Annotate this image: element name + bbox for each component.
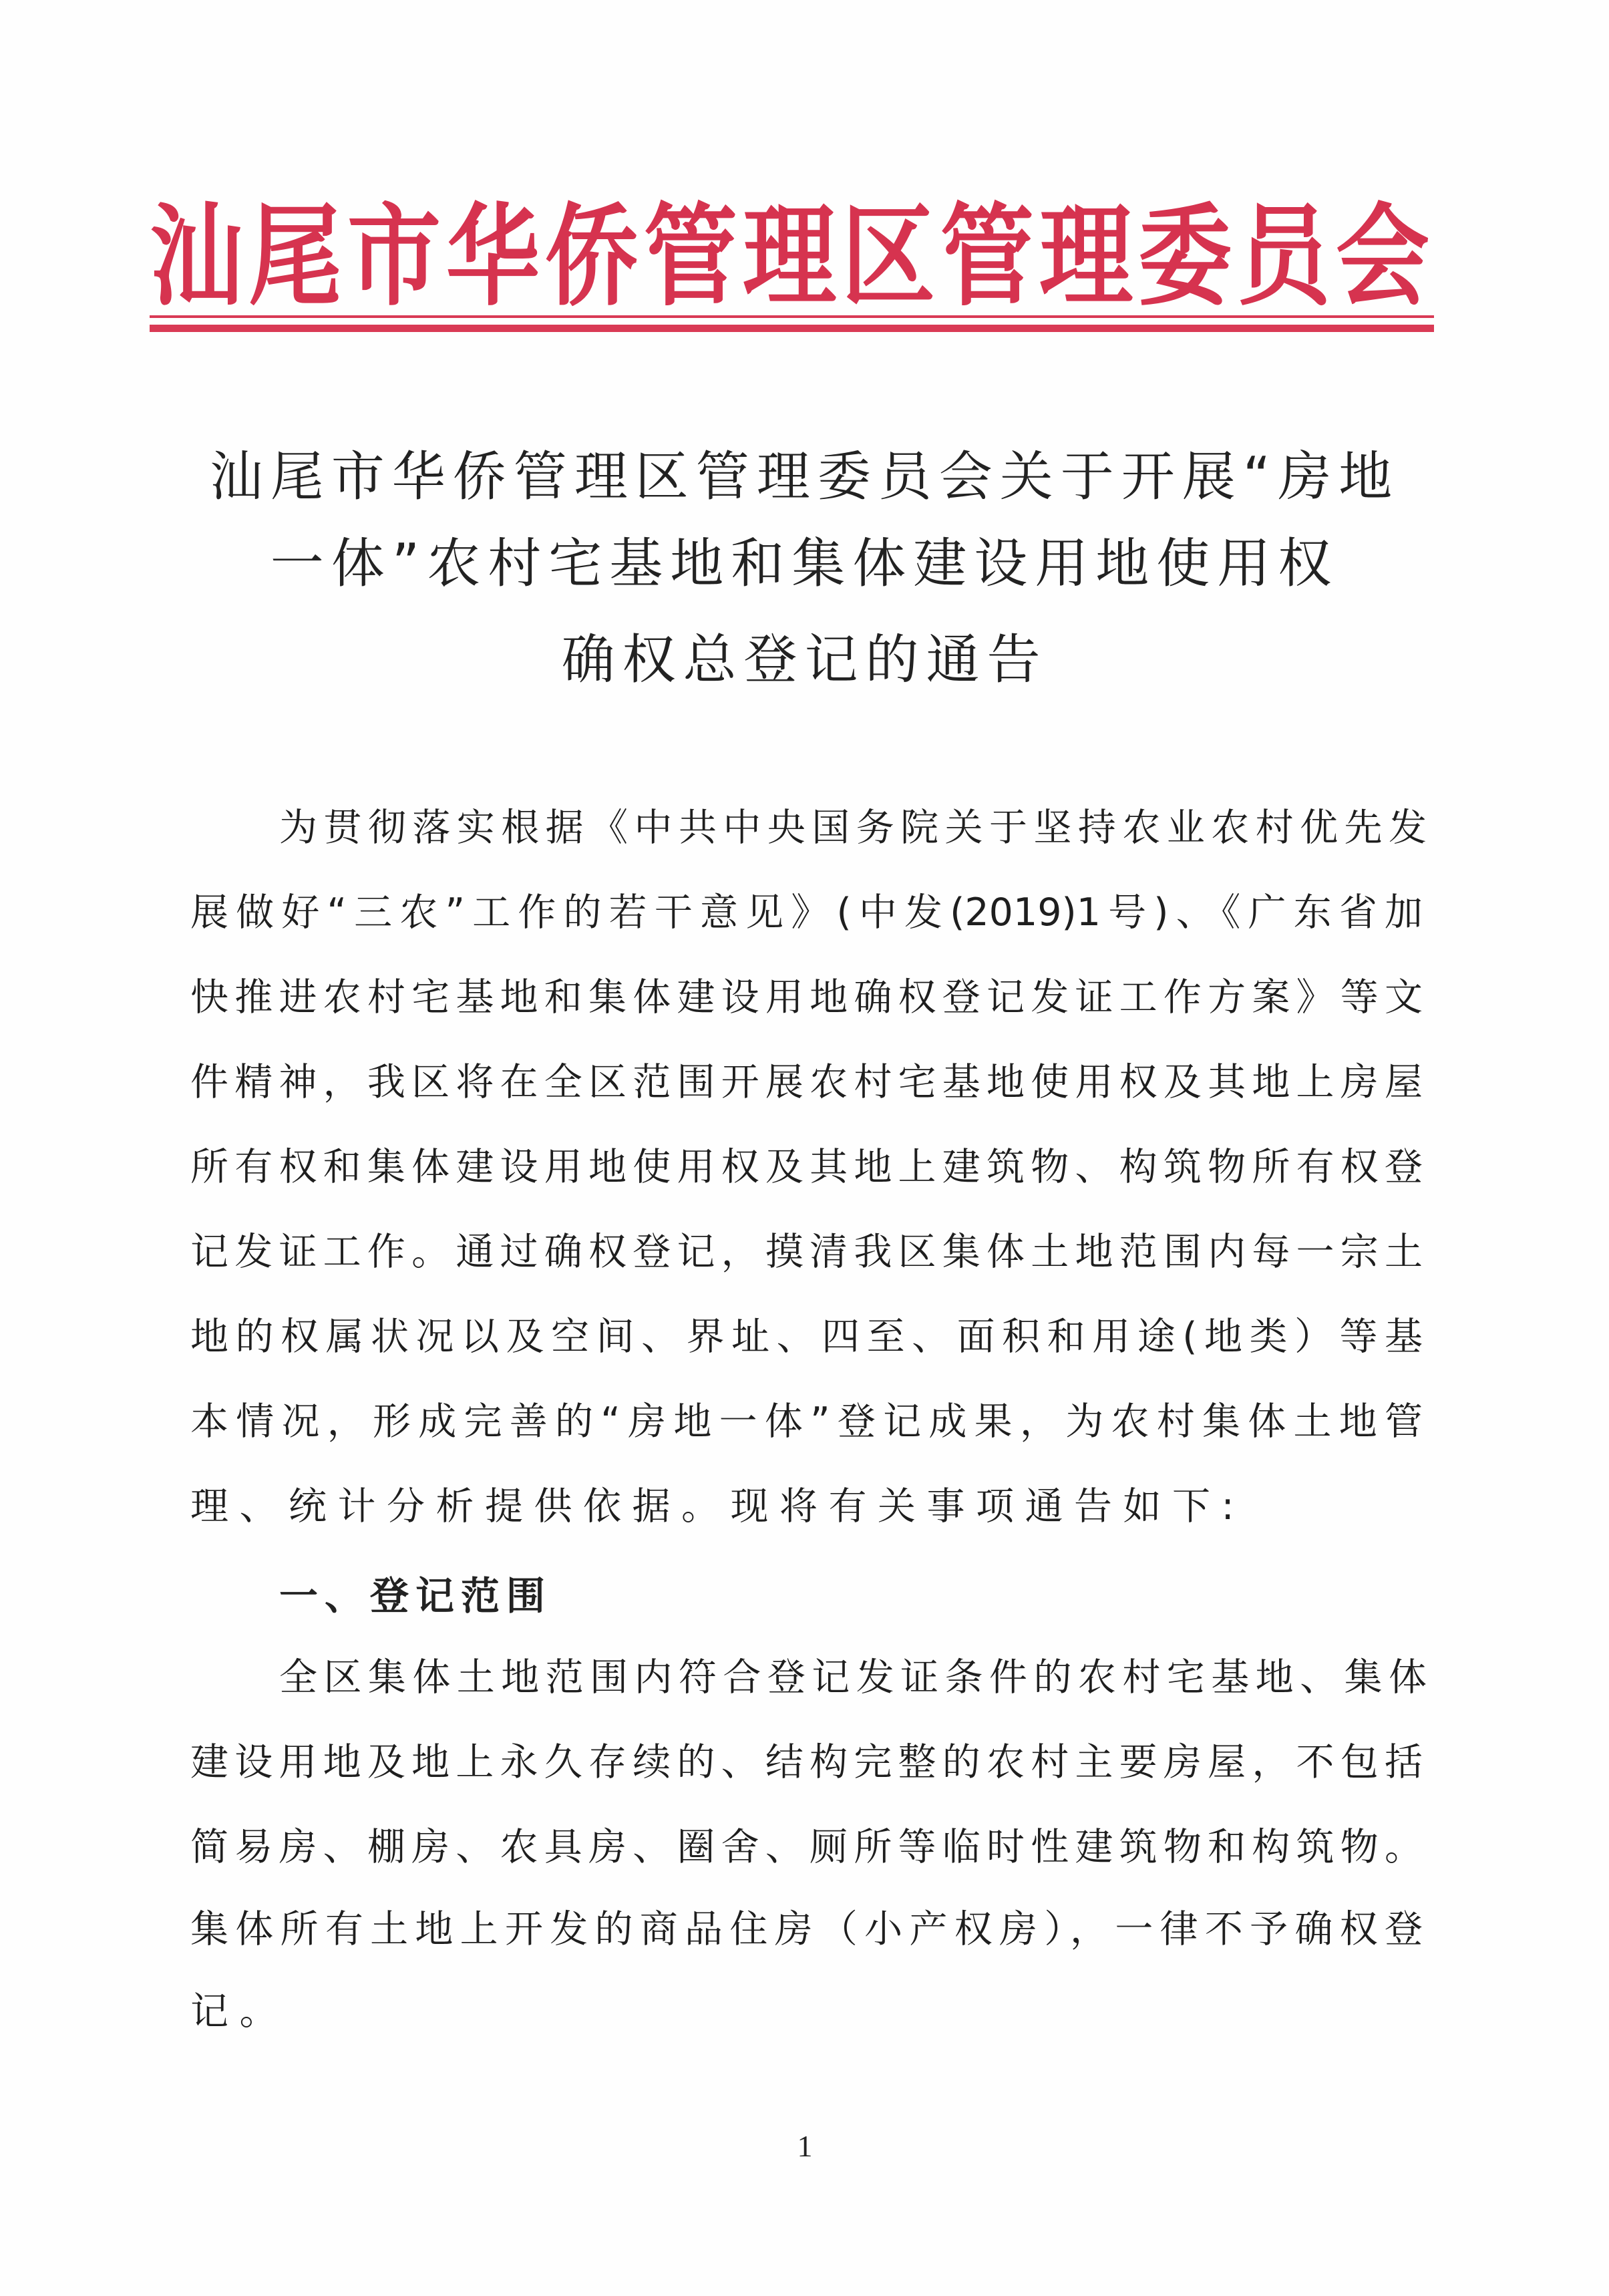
paragraph-1-line-3: 快推进农村宅基地和集体建设用地确权登记发证工作方案》等文 bbox=[190, 974, 1423, 1021]
paragraph-1-line-1: 为贯彻落实根据《中共中央国务院关于坚持农业农村优先发 bbox=[279, 804, 1427, 851]
paragraph-1-line-7: 地的权属状况以及空间、界址、四至、面积和用途(地类）等基 bbox=[190, 1313, 1423, 1360]
page-number: 1 bbox=[791, 2130, 818, 2163]
section-1-line-3: 简易房、棚房、农具房、圈舍、厕所等临时性建筑物和构筑物。 bbox=[190, 1824, 1423, 1870]
section-1-line-5: 记。 bbox=[190, 1988, 1426, 2035]
document-title-line-1: 汕尾市华侨管理区管理委员会关于开展“房地 bbox=[134, 444, 1475, 510]
section-1-line-1: 全区集体土地范围内符合登记发证条件的农村宅基地、集体 bbox=[279, 1654, 1427, 1701]
section-heading-registration-scope: 一、登记范围 bbox=[279, 1573, 552, 1619]
document-title-line-3: 确权总登记的通告 bbox=[134, 627, 1475, 693]
section-1-line-4: 集体所有土地上开发的商品住房（小产权房），一律不予确权登 bbox=[190, 1906, 1423, 1953]
document-page: 汕尾市华侨管理区管理委员会 汕尾市华侨管理区管理委员会关于开展“房地 一体”农村… bbox=[0, 0, 1609, 2296]
masthead-thick-rule bbox=[150, 325, 1434, 332]
paragraph-1-line-8: 本情况，形成完善的“房地一体”登记成果，为农村集体土地管 bbox=[190, 1398, 1423, 1445]
paragraph-1-line-4: 件精神，我区将在全区范围开展农村宅基地使用权及其地上房屋 bbox=[190, 1059, 1423, 1106]
masthead-red-header: 汕尾市华侨管理区管理委员会 bbox=[150, 198, 1434, 316]
document-title-line-2: 一体”农村宅基地和集体建设用地使用权 bbox=[134, 530, 1475, 597]
paragraph-1-line-9: 理、统计分析提供依据。现将有关事项通告如下: bbox=[190, 1483, 1426, 1530]
paragraph-1-line-6: 记发证工作。通过确权登记，摸清我区集体土地范围内每一宗土 bbox=[190, 1228, 1423, 1275]
section-1-line-2: 建设用地及地上永久存续的、结构完整的农村主要房屋，不包括 bbox=[190, 1739, 1423, 1786]
masthead-thin-rule bbox=[150, 315, 1434, 318]
paragraph-1-line-2: 展做好“三农”工作的若干意见》(中发(2019)1号)、《广东省加 bbox=[190, 889, 1423, 936]
paragraph-1-line-5: 所有权和集体建设用地使用权及其地上建筑物、构筑物所有权登 bbox=[190, 1144, 1423, 1190]
